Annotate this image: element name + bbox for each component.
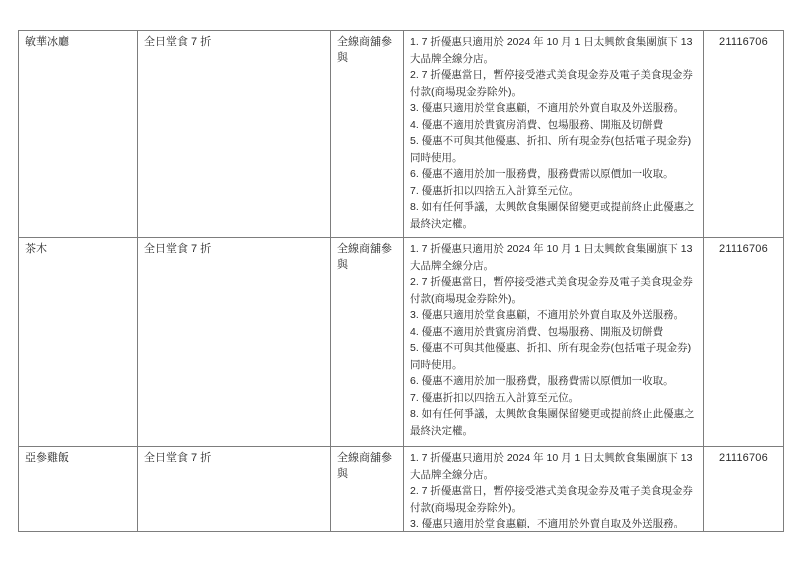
term-item: 1. 7 折優惠只適用於 2024 年 10 月 1 日太興飲食集團旗下 13 … — [410, 450, 697, 483]
participation-cell: 全線商舖參與 — [331, 447, 404, 532]
offer-text: 全日堂食 7 折 — [144, 452, 211, 464]
offers-table: 敏華冰廳 全日堂食 7 折 全線商舖參與 1. 7 折優惠只適用於 2024 年… — [18, 30, 784, 532]
term-item: 2. 7 折優惠當日，暫停接受港式美食現金券及電子美食現金券付款(商場現金券除外… — [410, 483, 697, 516]
term-item: 3. 優惠只適用於堂食惠顧，不適用於外賣自取及外送服務。 — [410, 100, 697, 117]
term-item: 4. 優惠不適用於貴賓房消費、包場服務、開瓶及切餅費 — [410, 117, 697, 134]
term-item: 6. 優惠不適用於加一服務費，服務費需以原價加一收取。 — [410, 373, 697, 390]
offer-cell: 全日堂食 7 折 — [138, 447, 331, 532]
brand-name: 敏華冰廳 — [25, 36, 69, 48]
participation-cell: 全線商舖參與 — [331, 238, 404, 447]
terms-list: 1. 7 折優惠只適用於 2024 年 10 月 1 日太興飲食集團旗下 13 … — [410, 241, 697, 439]
brand-cell: 茶木 — [19, 238, 138, 447]
term-item: 8. 如有任何爭議，太興飲食集團保留變更或提前終止此優惠之最終決定權。 — [410, 406, 697, 439]
term-item: 2. 7 折優惠當日，暫停接受港式美食現金券及電子美食現金券付款(商場現金券除外… — [410, 274, 697, 307]
brand-cell: 亞參雞飯 — [19, 447, 138, 532]
term-item: 4. 優惠不適用於貴賓房消費、包場服務、開瓶及切餅費 — [410, 324, 697, 341]
term-item: 1. 7 折優惠只適用於 2024 年 10 月 1 日太興飲食集團旗下 13 … — [410, 34, 697, 67]
term-item: 2. 7 折優惠當日，暫停接受港式美食現金券及電子美食現金券付款(商場現金券除外… — [410, 67, 697, 100]
table-row: 亞參雞飯 全日堂食 7 折 全線商舖參與 1. 7 折優惠只適用於 2024 年… — [19, 447, 784, 532]
offer-code: 21116706 — [719, 243, 768, 255]
terms-cell: 1. 7 折優惠只適用於 2024 年 10 月 1 日太興飲食集團旗下 13 … — [404, 238, 704, 447]
table-row: 敏華冰廳 全日堂食 7 折 全線商舖參與 1. 7 折優惠只適用於 2024 年… — [19, 31, 784, 238]
brand-cell: 敏華冰廳 — [19, 31, 138, 238]
terms-list: 1. 7 折優惠只適用於 2024 年 10 月 1 日太興飲食集團旗下 13 … — [410, 450, 697, 528]
participation-text: 全線商舖參與 — [337, 36, 392, 64]
term-item: 7. 優惠折扣以四捨五入計算至元位。 — [410, 183, 697, 200]
offer-text: 全日堂食 7 折 — [144, 36, 211, 48]
term-item: 7. 優惠折扣以四捨五入計算至元位。 — [410, 390, 697, 407]
term-item: 1. 7 折優惠只適用於 2024 年 10 月 1 日太興飲食集團旗下 13 … — [410, 241, 697, 274]
code-cell: 21116706 — [704, 31, 784, 238]
code-cell: 21116706 — [704, 447, 784, 532]
participation-text: 全線商舖參與 — [337, 243, 392, 271]
brand-name: 茶木 — [25, 243, 47, 255]
brand-name: 亞參雞飯 — [25, 452, 69, 464]
term-item: 8. 如有任何爭議，太興飲食集團保留變更或提前終止此優惠之最終決定權。 — [410, 199, 697, 232]
code-cell: 21116706 — [704, 238, 784, 447]
terms-cell: 1. 7 折優惠只適用於 2024 年 10 月 1 日太興飲食集團旗下 13 … — [404, 447, 704, 532]
participation-cell: 全線商舖參與 — [331, 31, 404, 238]
offer-cell: 全日堂食 7 折 — [138, 238, 331, 447]
term-item: 3. 優惠只適用於堂食惠顧，不適用於外賣自取及外送服務。 — [410, 516, 697, 528]
offer-cell: 全日堂食 7 折 — [138, 31, 331, 238]
offer-text: 全日堂食 7 折 — [144, 243, 211, 255]
table-row: 茶木 全日堂食 7 折 全線商舖參與 1. 7 折優惠只適用於 2024 年 1… — [19, 238, 784, 447]
term-item: 5. 優惠不可與其他優惠、折扣、所有現金券(包括電子現金券)同時使用。 — [410, 133, 697, 166]
term-item: 6. 優惠不適用於加一服務費，服務費需以原價加一收取。 — [410, 166, 697, 183]
offer-code: 21116706 — [719, 452, 768, 464]
terms-list: 1. 7 折優惠只適用於 2024 年 10 月 1 日太興飲食集團旗下 13 … — [410, 34, 697, 232]
terms-cell: 1. 7 折優惠只適用於 2024 年 10 月 1 日太興飲食集團旗下 13 … — [404, 31, 704, 238]
term-item: 5. 優惠不可與其他優惠、折扣、所有現金券(包括電子現金券)同時使用。 — [410, 340, 697, 373]
offer-code: 21116706 — [719, 36, 768, 48]
term-item: 3. 優惠只適用於堂食惠顧，不適用於外賣自取及外送服務。 — [410, 307, 697, 324]
participation-text: 全線商舖參與 — [337, 452, 392, 480]
